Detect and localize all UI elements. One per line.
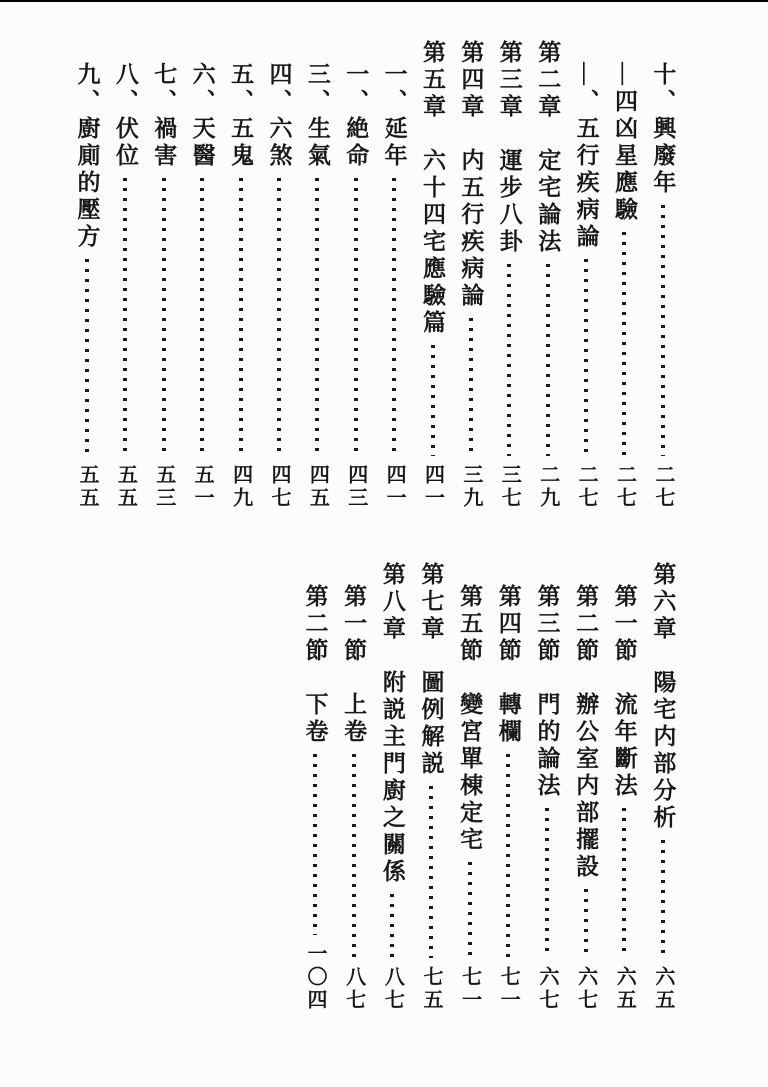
toc-entry-page: 二七 — [614, 464, 634, 510]
toc-entry-title: 第四節 轉欄 — [497, 584, 520, 746]
toc-entry: 第三章 運步八卦 三七 — [490, 40, 528, 510]
toc-entry: 第二章 定宅論法 二九 — [529, 40, 567, 510]
toc-entry-title: 第二章 定宅論法 — [536, 40, 559, 256]
toc-entry: 第四章 内五行疾病論 三九 — [452, 40, 490, 510]
toc-entry-page: 六七 — [576, 966, 596, 1012]
dot-leader — [469, 318, 473, 456]
toc-entry-page: 四七 — [269, 464, 289, 510]
toc-entry-page: 一〇四 — [305, 943, 325, 1012]
toc-entry-page: 八七 — [344, 966, 364, 1012]
dot-leader — [507, 264, 511, 456]
dot-leader — [429, 786, 433, 958]
toc-entry-page: 六七 — [537, 966, 557, 1012]
page-edge-rule — [0, 0, 768, 2]
toc-entry-title: 第七章 圖例解説 — [419, 562, 442, 778]
toc-entry: 第三節 門的論法 六七 — [528, 562, 566, 1012]
toc-entry: 第二節 辦公室内部擺設 六七 — [567, 562, 605, 1012]
toc-entry-page: 五一 — [192, 464, 212, 510]
dot-leader — [85, 259, 89, 456]
toc-entry: 第五章 六十四宅應驗篇 四一 — [414, 40, 452, 510]
dot-leader — [584, 259, 588, 456]
toc-entry-page: 五三 — [154, 464, 174, 510]
toc-entry-title: 七、禍害 — [152, 62, 175, 170]
toc-entry-title: 第四章 内五行疾病論 — [459, 40, 482, 310]
toc-entry: —、五行疾病論 二七 — [567, 40, 605, 510]
dot-leader — [239, 178, 243, 456]
toc-entry-page: 七一 — [498, 966, 518, 1012]
toc-entry-title: 第五節 變宮單棟定宅 — [458, 584, 481, 854]
toc-entry-page: 五五 — [115, 464, 135, 510]
toc-entry: 八、伏位 五五 — [106, 40, 144, 510]
dot-leader — [200, 178, 204, 456]
dot-leader — [622, 232, 626, 456]
dot-leader — [546, 264, 550, 456]
toc-entry: 十、興廢年 二七 — [644, 40, 682, 510]
dot-leader — [354, 178, 358, 456]
toc-entry-title: 第三章 運步八卦 — [498, 40, 521, 256]
toc-entry-title: 六、天醫 — [191, 62, 214, 170]
toc-entry-page: 四一 — [423, 464, 443, 510]
toc-entry: 第一節 上卷 八七 — [335, 562, 373, 1012]
toc-entry: 一、延年 四一 — [375, 40, 413, 510]
toc-entry-page: 三七 — [499, 464, 519, 510]
toc-entry: 第七章 圖例解説 七五 — [412, 562, 450, 1012]
toc-entry: 第五節 變宮單棟定宅 七一 — [451, 562, 489, 1012]
toc-entry: 九、廚廁的壓方 五五 — [68, 40, 106, 510]
toc-section-bottom: 第六章 陽宅内部分析 六五 第一節 流年斷法 六五 第二節 辦公室内部擺設 六七… — [296, 562, 682, 1012]
dot-leader — [622, 808, 626, 958]
toc-entry-page: 七五 — [421, 966, 441, 1012]
dot-leader — [661, 840, 665, 958]
toc-entry-page: 四一 — [384, 464, 404, 510]
toc-entry-page: 四三 — [346, 464, 366, 510]
toc-entry-title: 第一節 上卷 — [342, 584, 365, 746]
toc-entry: 一、絶命 四三 — [337, 40, 375, 510]
dot-leader — [468, 862, 472, 958]
dot-leader — [277, 178, 281, 456]
toc-entry-title: —、五行疾病論 — [575, 62, 598, 251]
toc-entry-title: 第一節 流年斷法 — [613, 584, 636, 800]
toc-entry-page: 五五 — [77, 464, 97, 510]
toc-entry-page: 四九 — [231, 464, 251, 510]
toc-entry-title: 九、廚廁的壓方 — [76, 62, 99, 251]
toc-entry: 六、天醫 五一 — [183, 40, 221, 510]
toc-entry: 第一節 流年斷法 六五 — [605, 562, 643, 1012]
toc-entry: 七、禍害 五三 — [145, 40, 183, 510]
toc-entry-page: 六五 — [614, 966, 634, 1012]
toc-entry-title: 一、絶命 — [344, 62, 367, 170]
dot-leader — [584, 889, 588, 958]
dot-leader — [162, 178, 166, 456]
dot-leader — [545, 808, 549, 958]
dot-leader — [123, 178, 127, 456]
toc-entry-title: 三、生氣 — [306, 62, 329, 170]
toc-page: 十、興廢年 二七 —四凶星應驗 二七 —、五行疾病論 二七 第二章 定宅論法 二… — [0, 0, 768, 1087]
toc-entry-title: 第二節 辦公室内部擺設 — [574, 584, 597, 881]
toc-entry-title: —四凶星應驗 — [613, 62, 636, 224]
dot-leader — [431, 345, 435, 456]
dot-leader — [392, 178, 396, 456]
toc-entry: 三、生氣 四五 — [298, 40, 336, 510]
toc-entry-page: 二七 — [576, 464, 596, 510]
dot-leader — [661, 205, 665, 456]
toc-entry: 第四節 轉欄 七一 — [489, 562, 527, 1012]
toc-section-top: 十、興廢年 二七 —四凶星應驗 二七 —、五行疾病論 二七 第二章 定宅論法 二… — [68, 40, 682, 510]
toc-entry-title: 十、興廢年 — [651, 62, 674, 197]
toc-entry-title: 第八章 附説主門廚之關係 — [381, 562, 404, 886]
dot-leader — [352, 754, 356, 958]
dot-leader — [506, 754, 510, 958]
toc-entry: 四、六煞 四七 — [260, 40, 298, 510]
toc-entry-page: 四五 — [307, 464, 327, 510]
toc-entry-title: 一、延年 — [383, 62, 406, 170]
toc-entry: 五、五鬼 四九 — [222, 40, 260, 510]
toc-entry-page: 七一 — [460, 966, 480, 1012]
toc-entry: —四凶星應驗 二七 — [605, 40, 643, 510]
toc-entry: 第八章 附説主門廚之關係 八七 — [373, 562, 411, 1012]
toc-entry-page: 六五 — [653, 966, 673, 1012]
dot-leader — [315, 178, 319, 456]
toc-entry-page: 三九 — [461, 464, 481, 510]
toc-entry-page: 八七 — [382, 966, 402, 1012]
toc-entry-title: 第三節 門的論法 — [535, 584, 558, 800]
dot-leader — [390, 894, 394, 958]
toc-entry-page: 二七 — [653, 464, 673, 510]
dot-leader — [313, 754, 317, 935]
toc-entry-page: 二九 — [538, 464, 558, 510]
toc-entry-title: 八、伏位 — [114, 62, 137, 170]
toc-entry-title: 第二節 下卷 — [304, 584, 327, 746]
toc-entry-title: 第五章 六十四宅應驗篇 — [421, 40, 444, 337]
toc-entry-title: 第六章 陽宅内部分析 — [651, 562, 674, 832]
toc-entry-title: 四、六煞 — [267, 62, 290, 170]
toc-entry: 第二節 下卷 一〇四 — [296, 562, 334, 1012]
toc-entry: 第六章 陽宅内部分析 六五 — [644, 562, 682, 1012]
toc-entry-title: 五、五鬼 — [229, 62, 252, 170]
